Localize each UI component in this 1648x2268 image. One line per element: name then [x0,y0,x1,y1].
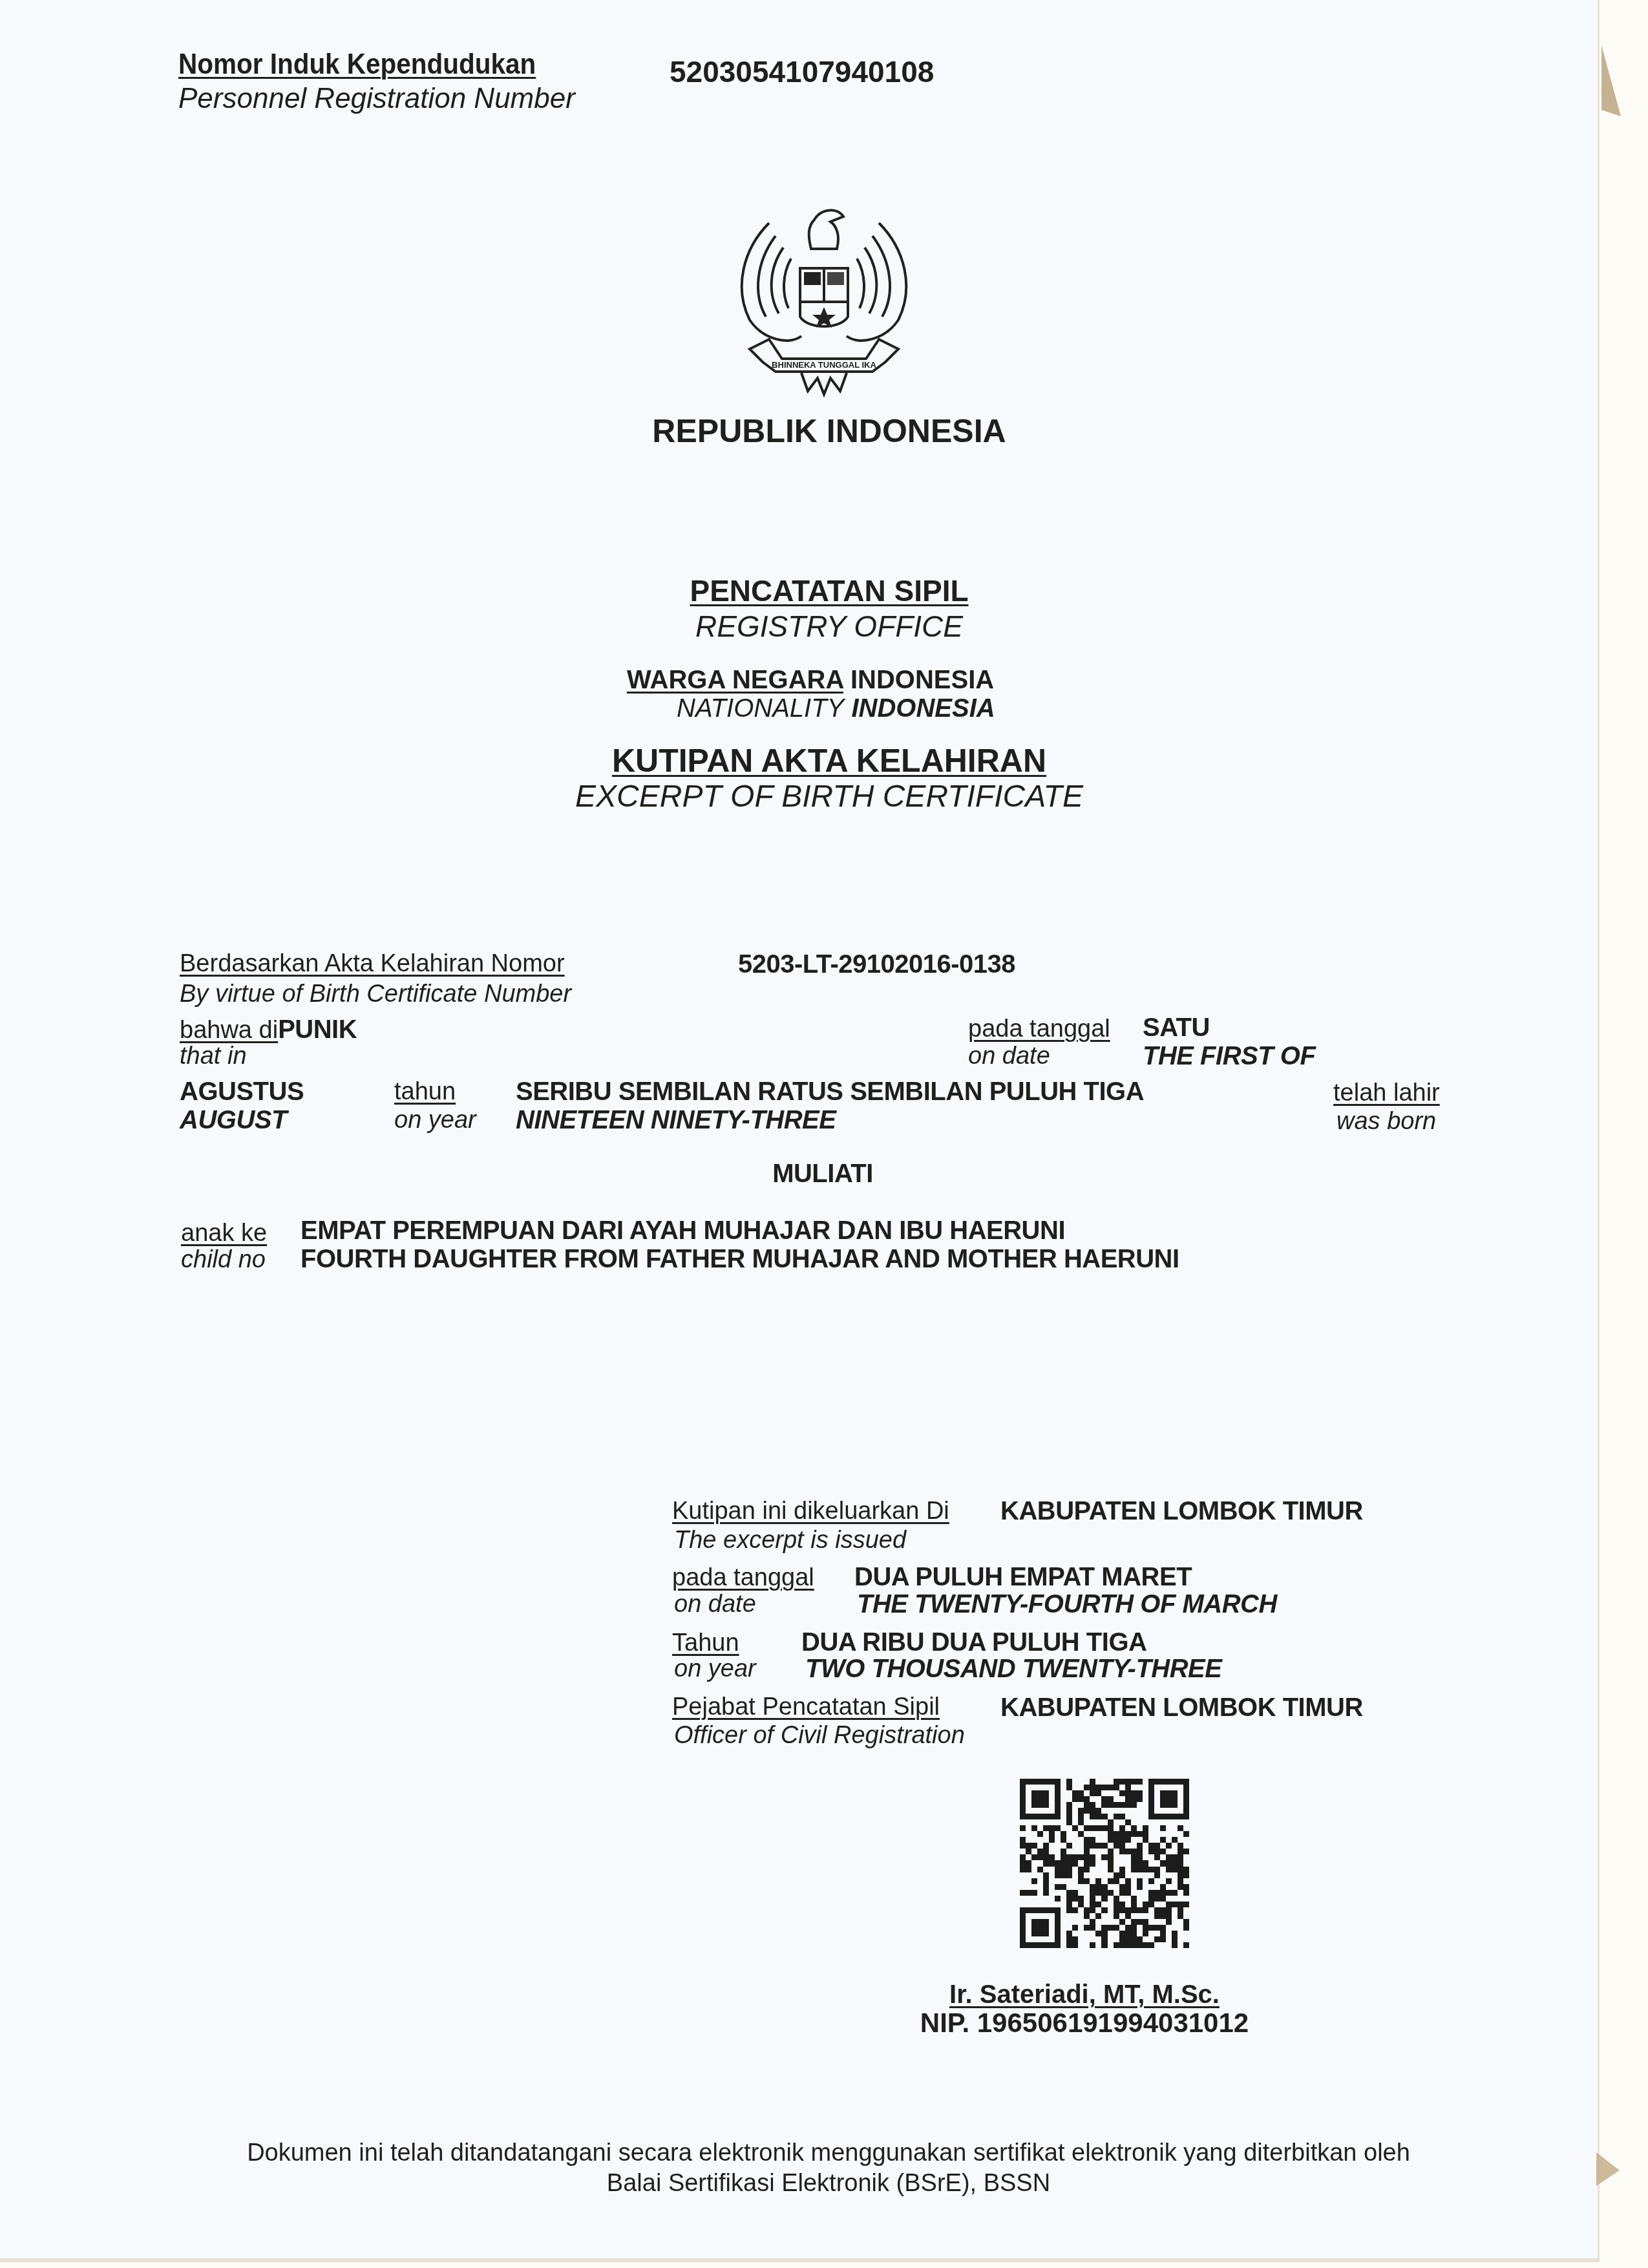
birth-date-label: pada tanggal [968,1015,1110,1043]
birth-place-label-en: that in [180,1043,247,1070]
nik-label-en: Personnel Registration Number [178,83,575,115]
birth-year-label-en: on year [394,1107,476,1134]
birth-place-label: bahwa di [180,1017,278,1044]
garuda-pancasila-emblem-icon: BHINNEKA TUNGGAL IKA [724,197,924,399]
birth-year-value-en: NINETEEN NINETY-THREE [516,1106,836,1135]
issue-date-label-en: on date [674,1591,756,1618]
born-label: telah lahir [1333,1079,1440,1107]
cert-number-label: Berdasarkan Akta Kelahiran Nomor [180,950,565,978]
born-label-en: was born [1336,1108,1436,1136]
cert-number-label-en: By virtue of Birth Certificate Number [180,980,571,1008]
paper-tear-bottom [1596,2152,1622,2191]
birth-place-row: bahwa diPUNIK [180,1015,357,1044]
issue-year-value: DUA RIBU DUA PULUH TIGA [801,1628,1146,1657]
child-name: MULIATI [772,1160,873,1189]
certificate-sheet: Nomor Induk Kependudukan Personnel Regis… [0,0,1600,2262]
nationality-label: WARGA NEGARA [627,666,843,694]
officer-label-en: Officer of Civil Registration [674,1722,965,1750]
child-number-label-en: child no [181,1246,266,1274]
nationality-label-en: NATIONALITY [677,694,844,723]
qr-code-icon [1020,1779,1189,1948]
child-number-value: EMPAT PEREMPUAN DARI AYAH MUHAJAR DAN IB… [301,1216,1065,1245]
svg-text:BHINNEKA TUNGGAL IKA: BHINNEKA TUNGGAL IKA [772,360,876,370]
child-number-value-en: FOURTH DAUGHTER FROM FATHER MUHAJAR AND … [301,1245,1179,1274]
birth-place-value: PUNIK [278,1015,357,1044]
issue-date-value: DUA PULUH EMPAT MARET [854,1563,1192,1592]
footer-notice-line1: Dokumen ini telah ditandatangani secara … [247,2139,1410,2167]
child-number-label: anak ke [181,1220,267,1247]
issue-year-label: Tahun [672,1629,739,1657]
birth-date-value-en: THE FIRST OF [1143,1042,1315,1071]
office-title: PENCATATAN SIPIL [690,573,968,608]
office-title-en: REGISTRY OFFICE [695,609,963,644]
cert-number-value: 5203-LT-29102016-0138 [738,950,1015,979]
birth-date-label-en: on date [968,1043,1050,1070]
country-title: REPUBLIK INDONESIA [652,412,1006,450]
document-title: KUTIPAN AKTA KELAHIRAN [612,742,1046,779]
signatory-name: Ir. Sateriadi, MT, M.Sc. [949,1980,1220,2009]
issue-place-label-en: The excerpt is issued [674,1527,906,1554]
birth-month-value: AGUSTUS [180,1077,304,1107]
nationality-row-en: NATIONALITY INDONESIA [677,694,995,723]
issue-place-label: Kutipan ini dikeluarkan Di [672,1498,949,1525]
officer-label: Pejabat Pencatatan Sipil [672,1693,940,1721]
issue-year-label-en: on year [674,1655,756,1683]
signatory-nip: NIP. 196506191994031012 [920,2008,1249,2039]
birth-year-value: SERIBU SEMBILAN RATUS SEMBILAN PULUH TIG… [516,1077,1144,1107]
nationality-row: WARGA NEGARA INDONESIA [627,666,994,695]
officer-value: KABUPATEN LOMBOK TIMUR [1000,1693,1363,1722]
nationality-value: INDONESIA [850,666,994,694]
issue-date-label: pada tanggal [672,1564,814,1592]
birth-year-label: tahun [394,1078,456,1106]
nik-value: 5203054107940108 [670,54,934,89]
paper-tear-top [1601,39,1627,116]
nationality-value-en: INDONESIA [851,694,995,723]
nik-label: Nomor Induk Kependudukan [178,48,536,81]
issue-place-value: KABUPATEN LOMBOK TIMUR [1000,1497,1363,1526]
birth-month-value-en: AUGUST [180,1106,287,1135]
footer-notice-line2: Balai Sertifikasi Elektronik (BSrE), BSS… [607,2170,1050,2198]
document-title-en: EXCERPT OF BIRTH CERTIFICATE [575,779,1083,814]
issue-date-value-en: THE TWENTY-FOURTH OF MARCH [857,1590,1277,1619]
birth-date-value: SATU [1143,1013,1210,1043]
issue-year-value-en: TWO THOUSAND TWENTY-THREE [805,1655,1221,1684]
